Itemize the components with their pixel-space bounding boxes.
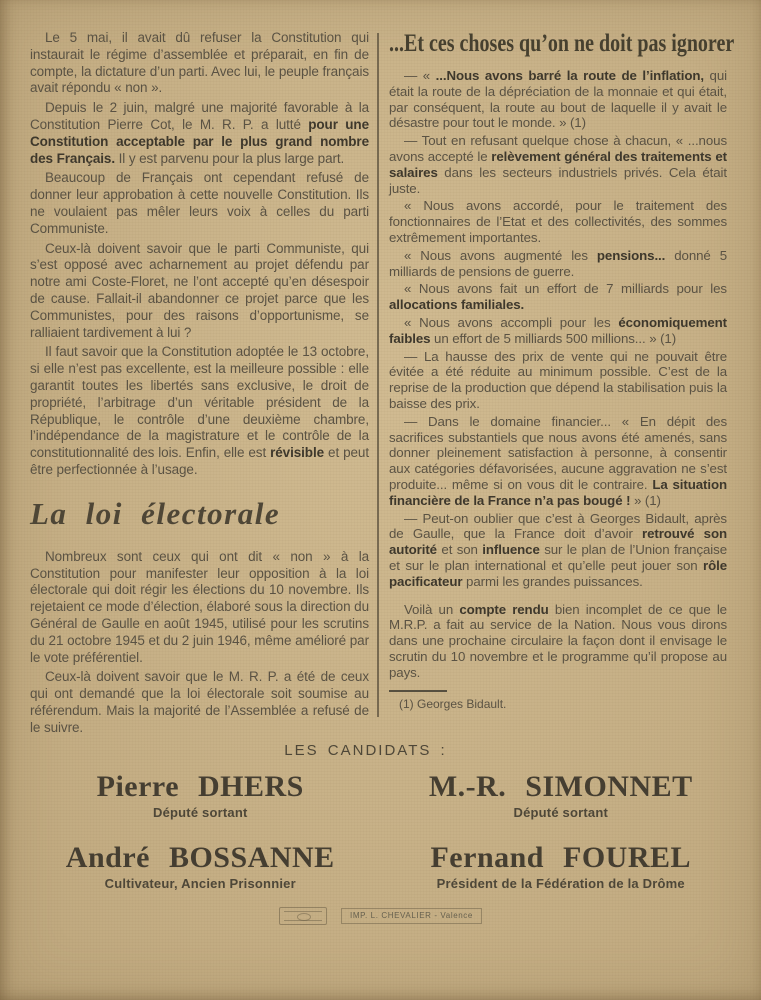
printer-imprint: IMP. L. CHEVALIER - Valence — [341, 908, 482, 924]
paragraph: Ceux-là doivent savoir que le M. R. P. a… — [30, 669, 369, 736]
printer-union-stamp-icon — [279, 907, 327, 925]
paragraph: Nombreux sont ceux qui ont dit « non » à… — [30, 549, 369, 667]
paragraph: « Nous avons accompli pour les économiqu… — [389, 315, 727, 347]
section-heading-loi-electorale: La loi électorale — [30, 497, 369, 531]
paragraph: Il faut savoir que la Constitution adopt… — [30, 344, 369, 478]
candidate-name: André BOSSANNE — [20, 842, 381, 874]
candidate-name: Pierre DHERS — [20, 771, 381, 803]
candidate-card: Fernand FOUREL Président de la Fédératio… — [381, 842, 742, 891]
paragraph: — Peut-on oublier que c’est à Georges Bi… — [389, 511, 727, 590]
leaflet-page: Le 5 mai, il avait dû refuser la Constit… — [0, 0, 761, 1000]
paragraph: — Dans le domaine financier... « En dépi… — [389, 414, 727, 509]
candidates-grid: Pierre DHERS Député sortant M.-R. SIMONN… — [0, 771, 761, 891]
paragraph: Depuis le 2 juin, malgré une majorité fa… — [30, 100, 369, 167]
candidate-card: André BOSSANNE Cultivateur, Ancien Priso… — [20, 842, 381, 891]
closing-paragraph: Voilà un compte rendu bien incomplet de … — [389, 602, 727, 681]
candidate-card: Pierre DHERS Député sortant — [20, 771, 381, 820]
candidate-subtitle: Député sortant — [381, 805, 742, 820]
candidate-name: M.-R. SIMONNET — [381, 771, 742, 803]
candidate-card: M.-R. SIMONNET Député sortant — [381, 771, 742, 820]
candidate-subtitle: Président de la Fédération de la Drôme — [381, 876, 742, 891]
right-column: ...Et ces choses qu’on ne doit pas ignor… — [389, 30, 727, 711]
paragraph: — La hausse des prix de vente qui ne pou… — [389, 349, 727, 412]
article-title: ...Et ces choses qu’on ne doit pas ignor… — [389, 30, 659, 58]
left-column: Le 5 mai, il avait dû refuser la Constit… — [30, 30, 369, 739]
column-divider — [377, 33, 379, 717]
paragraph: « Nous avons accordé, pour le traitement… — [389, 198, 727, 245]
paragraph: Beaucoup de Français ont cependant refus… — [30, 170, 369, 237]
paragraph: « Nous avons augmenté les pensions... do… — [389, 248, 727, 280]
paragraph: Ceux-là doivent savoir que le parti Comm… — [30, 241, 369, 342]
footnote-rule — [389, 690, 447, 692]
footnote: (1) Georges Bidault. — [389, 697, 727, 711]
candidate-subtitle: Cultivateur, Ancien Prisonnier — [20, 876, 381, 891]
candidate-subtitle: Député sortant — [20, 805, 381, 820]
paragraph: « Nous avons fait un effort de 7 milliar… — [389, 281, 727, 313]
candidates-section: LES CANDIDATS : Pierre DHERS Député sort… — [0, 742, 761, 925]
imprint-row: IMP. L. CHEVALIER - Valence — [0, 907, 761, 925]
paragraph: Le 5 mai, il avait dû refuser la Constit… — [30, 30, 369, 97]
paragraph: — Tout en refusant quelque chose à chacu… — [389, 133, 727, 196]
paragraph: — « ...Nous avons barré la route de l’in… — [389, 68, 727, 131]
candidate-name: Fernand FOUREL — [381, 842, 742, 874]
candidates-heading: LES CANDIDATS : — [0, 742, 761, 759]
